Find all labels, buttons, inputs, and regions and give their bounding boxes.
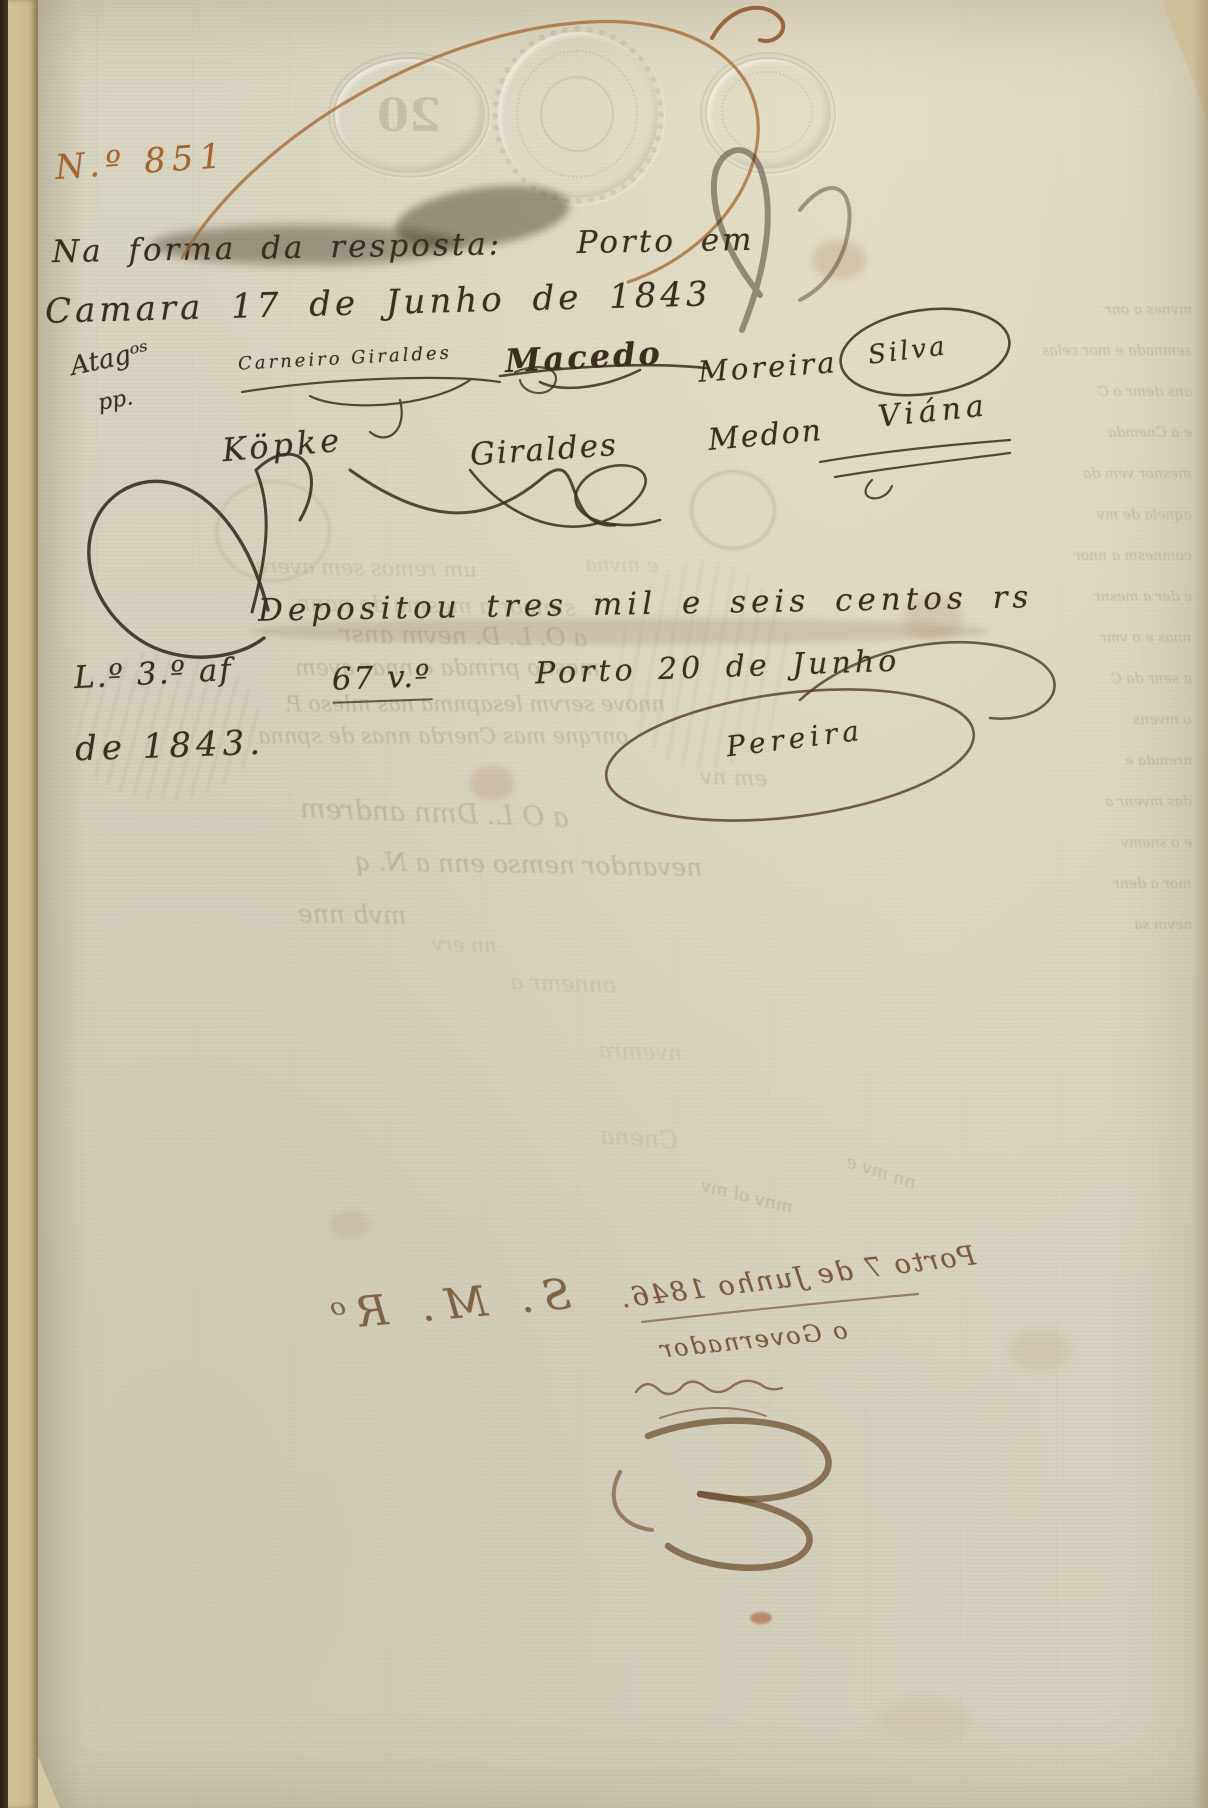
verso-paraph [668, 1494, 810, 1568]
signature-kopke: Köpke [221, 421, 345, 469]
margin-abbreviation-2: pp. [96, 385, 135, 416]
verso-initials: S. M. Rᵒ [318, 1269, 573, 1340]
ghost-writing-line: onrqne mas Cnerda nnas de spnna [258, 724, 628, 748]
deposit-year: de 1843. [74, 723, 265, 770]
verso-paraph-tail [614, 1472, 652, 1530]
ghost-writing-line-right: mvnes a onr [1105, 302, 1192, 318]
verso-clerk-line [636, 1381, 782, 1394]
signature-silva: Silva [866, 331, 949, 370]
verso-office-line: o Governador [657, 1316, 849, 1364]
embossed-seal-center [492, 26, 664, 204]
ghost-writing-line: nevandor nemso enn a N. q [355, 847, 703, 882]
binding-shadow [38, 0, 84, 1808]
signature-giraldes: Giraldes [469, 427, 619, 473]
signature-viana: Viána [876, 388, 990, 434]
age-spot [880, 1700, 970, 1740]
page-edge-right [1192, 0, 1208, 1808]
signature-moreira: Moreira [697, 345, 839, 389]
ghost-writing-line: a O L. Dmn andrem [300, 793, 570, 833]
ghost-writing-line: onnemr a [510, 970, 617, 999]
ghost-writing-line-right: comnesm a nnor [1074, 548, 1192, 564]
binding-edge [0, 0, 8, 1808]
binding-strip [8, 0, 38, 1808]
ghost-writing-line-right: e der a mesnr [1094, 589, 1192, 605]
ghost-writing-line: nvemra [598, 1039, 683, 1067]
signature-macedo: Macedo [504, 334, 663, 380]
ghost-writing-line-right: aqnela de mv [1097, 507, 1192, 523]
embossed-seal-right [700, 52, 836, 174]
top-edge-flourish [712, 8, 783, 41]
verso-date-line: Porto 7 de Junho 1846. [617, 1240, 977, 1314]
signature-medon: Medon [707, 413, 825, 458]
signature-carneiro-giraldes: Carneiro Giraldes [238, 342, 453, 374]
age-spot [330, 1210, 370, 1238]
ghost-writing-line: mnv ol mv [699, 1175, 795, 1218]
seal-number: 20 [335, 59, 483, 171]
ghost-writing-line: mvb nne [298, 899, 407, 930]
red-ink-fleck [750, 1612, 772, 1624]
verso-clerk-flourish [660, 1408, 766, 1418]
ghost-writing-line: nn erv [432, 931, 497, 956]
ghost-ring [215, 480, 331, 582]
viana-underline [820, 440, 1010, 498]
ghost-writing-line: nn mv e [844, 1151, 919, 1193]
age-spot [470, 766, 514, 800]
verso-paraph [648, 1421, 829, 1500]
age-spot [1010, 1330, 1070, 1370]
seal-inner-ring [721, 71, 813, 153]
ghost-writing-line-right: mor a denr [1113, 876, 1192, 892]
ledger-folio: 67 v.º [331, 658, 432, 703]
kopke-flourish [350, 470, 615, 525]
despacho-line-2: Camara 17 de Junho de 1843 [45, 274, 713, 331]
giraldes-flourish [470, 465, 660, 526]
ghost-writing-line-right: nremda e [1125, 753, 1192, 769]
ghost-writing-line-right: nevm sa [1134, 917, 1192, 933]
ghost-writing-line-right: ans demr o C [1098, 384, 1192, 400]
ghost-writing-line: e mvna [585, 551, 659, 576]
deposit-place-date: Porto 20 de Junho [535, 644, 901, 692]
pen-flourishes [0, 0, 1208, 1808]
age-spot [812, 240, 866, 280]
embossed-seal-left: 20 [328, 52, 490, 178]
ghost-writing-line-right: e a Cnemda [1108, 425, 1192, 441]
ghost-writing-line: Cnena [599, 1121, 679, 1154]
ghost-writing-line-right: o mvens [1133, 712, 1192, 728]
ghost-writing-line-right: e o snemv [1121, 835, 1192, 851]
seal-crest [540, 76, 614, 152]
ghost-writing-line-right: das mvenr a [1105, 794, 1192, 810]
manuscript-page: 20 N.º 851 Na forma da resposta: Porto e… [0, 0, 1208, 1808]
ghost-writing-line-right: semnada e mor celas [1042, 343, 1192, 359]
ghost-writing-line-right: nnas e o vmr [1100, 630, 1192, 646]
ghost-writing-line-right: mesnor vem da [1083, 466, 1192, 482]
despacho-line-1: Na forma da resposta: Porto em [52, 222, 755, 270]
ghost-writing-line-right: a senr da C [1111, 671, 1192, 687]
ghost-ring [690, 470, 776, 550]
